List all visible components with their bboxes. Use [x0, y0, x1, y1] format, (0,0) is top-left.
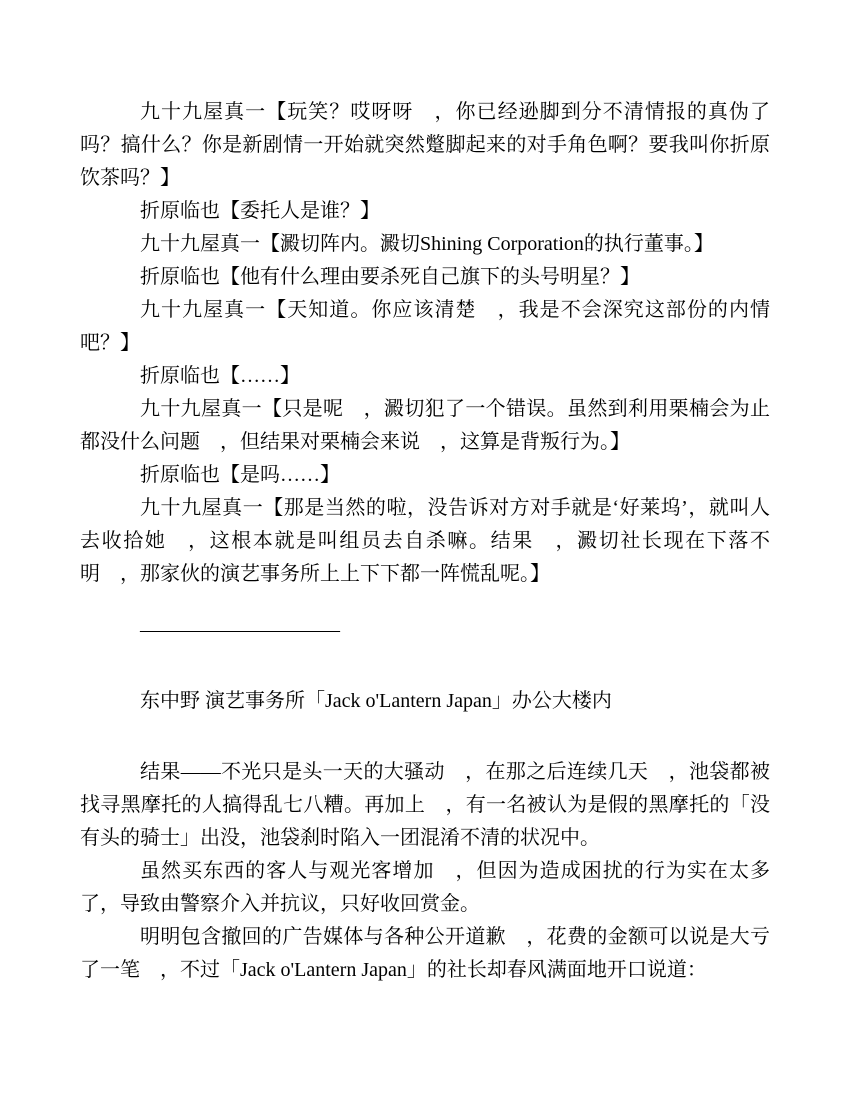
dialogue-paragraph: 九十九屋真一【那是当然的啦，没告诉对方对手就是‘好莱坞’，就叫人去收拾她 ，这根…: [80, 492, 770, 591]
dialogue-paragraph: 折原临也【……】: [80, 360, 770, 393]
scene-heading: 东中野 演艺事务所「Jack o'Lantern Japan」办公大楼内: [80, 685, 770, 718]
page-text-column: 九十九屋真一【玩笑？哎呀呀 ，你已经逊脚到分不清情报的真伪了吗？搞什么？你是新剧…: [80, 96, 770, 987]
dialogue-paragraph: 折原临也【是吗……】: [80, 459, 770, 492]
scene-divider: ——————————: [80, 614, 770, 647]
dialogue-paragraph: 折原临也【他有什么理由要杀死自己旗下的头号明星？】: [80, 261, 770, 294]
dialogue-paragraph: 九十九屋真一【天知道。你应该清楚 ，我是不会深究这部份的内情吧？】: [80, 294, 770, 360]
dialogue-paragraph: 九十九屋真一【玩笑？哎呀呀 ，你已经逊脚到分不清情报的真伪了吗？搞什么？你是新剧…: [80, 96, 770, 195]
dialogue-paragraph: 折原临也【委托人是谁？】: [80, 195, 770, 228]
narration-paragraph: 结果——不光只是头一天的大骚动 ，在那之后连续几天 ，池袋都被找寻黑摩托的人搞得…: [80, 756, 770, 855]
narration-paragraph: 明明包含撤回的广告媒体与各种公开道歉 ，花费的金额可以说是大亏了一笔 ，不过「J…: [80, 921, 770, 987]
narration-paragraph: 虽然买东西的客人与观光客增加 ，但因为造成困扰的行为实在太多了，导致由警察介入并…: [80, 855, 770, 921]
dialogue-paragraph: 九十九屋真一【只是呢 ，澱切犯了一个错误。虽然到利用栗楠会为止都没什么问题 ，但…: [80, 393, 770, 459]
document-page: 九十九屋真一【玩笑？哎呀呀 ，你已经逊脚到分不清情报的真伪了吗？搞什么？你是新剧…: [0, 0, 850, 1100]
dialogue-paragraph: 九十九屋真一【澱切阵内。澱切Shining Corporation的执行董事。】: [80, 228, 770, 261]
